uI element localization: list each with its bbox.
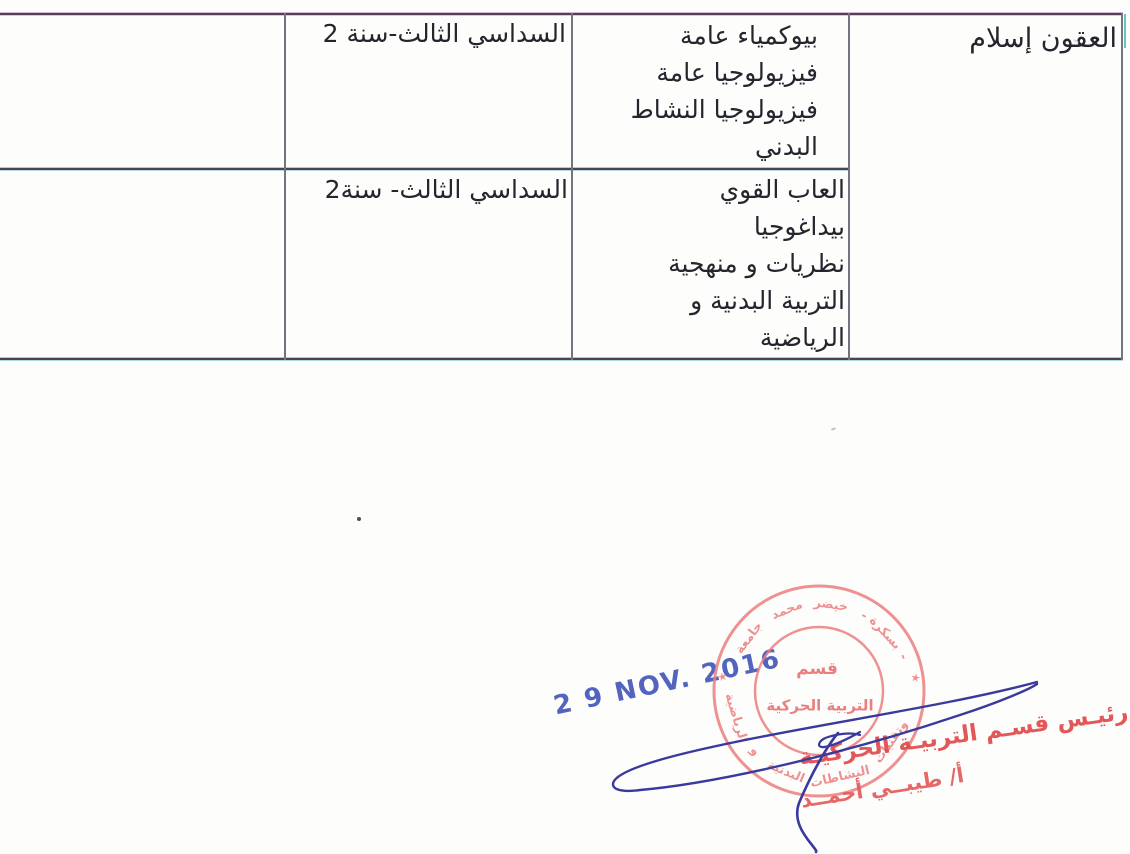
table-cell-line: التربية البدنية و [668,282,845,319]
table-cell-student-name: العقون إسلام [969,20,1117,57]
table-border-right [1121,13,1123,360]
seal-word: خيضر [812,594,849,614]
seal-word: بسكرة [867,613,905,652]
table-cell-semester-row2: السداسي الثالث- سنة2 [325,171,568,208]
table-cell-subjects-row1: بيوكمياء عامةفيزيولوجيا عامةفيزيولوجيا ا… [631,17,818,165]
scanned-document-page: العقون إسلام بيوكمياء عامةفيزيولوجيا عام… [0,0,1130,854]
table-cell-line: الرياضية [668,319,845,356]
table-column-divider-2 [571,13,573,360]
table-cell-line: البدني [631,128,818,165]
signature-loop-stroke [613,682,1037,791]
signature [588,650,1063,854]
scan-edge-artifact [1124,14,1126,48]
table-cell-subjects-row2: العاب القويبيداغوجيانظريات و منهجيةالترب… [668,171,845,356]
table-cell-line: بيداغوجيا [668,208,845,245]
table-cell-semester-row1: السداسي الثالث-سنة 2 [323,15,566,52]
table-column-divider-1 [284,13,286,360]
signature-knot-stroke [819,732,860,747]
seal-word: محمد [769,596,805,622]
scan-speck [357,517,361,521]
scan-speck [831,427,836,431]
table-column-divider-3 [848,13,850,360]
table-border-bottom [0,358,1123,360]
table-cell-line: فيزيولوجيا عامة [631,54,818,91]
table-cell-line: نظريات و منهجية [668,245,845,282]
signature-tail-stroke [797,733,838,852]
table-cell-line: بيوكمياء عامة [631,17,818,54]
table-row-divider [0,168,849,170]
table-cell-line: العاب القوي [668,171,845,208]
table-cell-line: فيزيولوجيا النشاط [631,91,818,128]
